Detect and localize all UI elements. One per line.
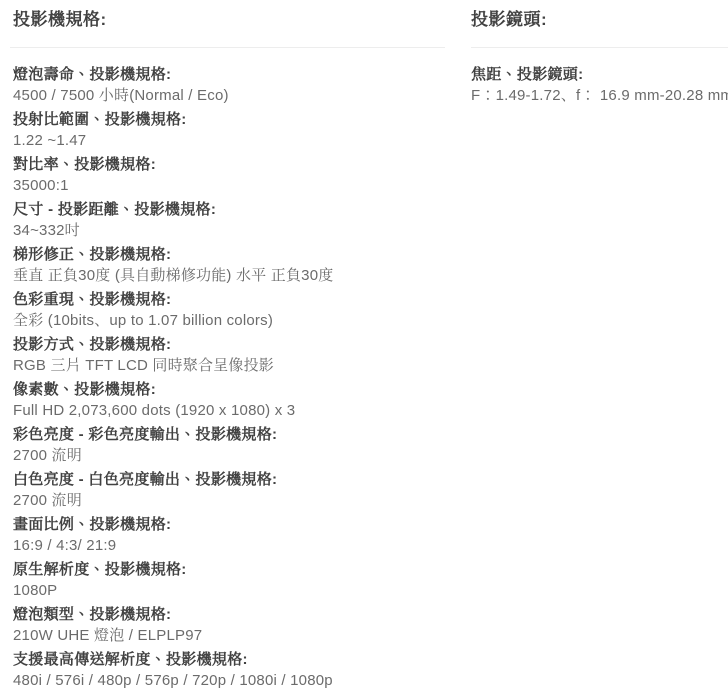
spec-item: 原生解析度、投影機規格: 1080P (13, 559, 445, 601)
spec-value: F：1.49-1.72、f： 16.9 mm-20.28 mm (471, 85, 728, 106)
spec-item: 彩色亮度 - 彩色亮度輸出、投影機規格: 2700 流明 (13, 424, 445, 466)
spec-value: 全彩 (10bits、up to 1.07 billion colors) (13, 310, 445, 331)
spec-label: 色彩重現、投影機規格: (13, 289, 445, 310)
spec-value: 210W UHE 燈泡 / ELPLP97 (13, 625, 445, 646)
spec-label: 對比率、投影機規格: (13, 154, 445, 175)
spec-value: 1080P (13, 580, 445, 601)
spec-value: 480i / 576i / 480p / 576p / 720p / 1080i… (13, 670, 445, 691)
spec-item: 畫面比例、投影機規格: 16:9 / 4:3/ 21:9 (13, 514, 445, 556)
spec-item: 投射比範圍、投影機規格: 1.22 ~1.47 (13, 109, 445, 151)
spec-item: 色彩重現、投影機規格: 全彩 (10bits、up to 1.07 billio… (13, 289, 445, 331)
spec-label: 白色亮度 - 白色亮度輸出、投影機規格: (13, 469, 445, 490)
spec-value: 垂直 正負30度 (具自動梯修功能) 水平 正負30度 (13, 265, 445, 286)
spec-label: 燈泡類型、投影機規格: (13, 604, 445, 625)
spec-value: 35000:1 (13, 175, 445, 196)
spec-label: 支援最高傳送解析度、投影機規格: (13, 649, 445, 670)
section-divider (10, 47, 445, 48)
spec-page: 投影機規格: 燈泡壽命、投影機規格: 4500 / 7500 小時(Normal… (0, 0, 728, 694)
spec-value: 2700 流明 (13, 490, 445, 511)
spec-item: 尺寸 - 投影距離、投影機規格: 34~332吋 (13, 199, 445, 241)
spec-label: 像素數、投影機規格: (13, 379, 445, 400)
spec-label: 梯形修正、投影機規格: (13, 244, 445, 265)
spec-item: 燈泡類型、投影機規格: 210W UHE 燈泡 / ELPLP97 (13, 604, 445, 646)
spec-item: 支援最高傳送解析度、投影機規格: 480i / 576i / 480p / 57… (13, 649, 445, 691)
spec-label: 彩色亮度 - 彩色亮度輸出、投影機規格: (13, 424, 445, 445)
spec-value: 16:9 / 4:3/ 21:9 (13, 535, 445, 556)
spec-value: RGB 三片 TFT LCD 同時聚合呈像投影 (13, 355, 445, 376)
spec-list-projector: 燈泡壽命、投影機規格: 4500 / 7500 小時(Normal / Eco)… (13, 64, 445, 691)
spec-label: 畫面比例、投影機規格: (13, 514, 445, 535)
spec-item: 對比率、投影機規格: 35000:1 (13, 154, 445, 196)
spec-item: 白色亮度 - 白色亮度輸出、投影機規格: 2700 流明 (13, 469, 445, 511)
section-title-projection-lens: 投影鏡頭: (471, 8, 728, 32)
spec-item: 梯形修正、投影機規格: 垂直 正負30度 (具自動梯修功能) 水平 正負30度 (13, 244, 445, 286)
spec-label: 投射比範圍、投影機規格: (13, 109, 445, 130)
spec-item: 像素數、投影機規格: Full HD 2,073,600 dots (1920 … (13, 379, 445, 421)
spec-item: 投影方式、投影機規格: RGB 三片 TFT LCD 同時聚合呈像投影 (13, 334, 445, 376)
spec-label: 原生解析度、投影機規格: (13, 559, 445, 580)
spec-label: 投影方式、投影機規格: (13, 334, 445, 355)
spec-item: 燈泡壽命、投影機規格: 4500 / 7500 小時(Normal / Eco) (13, 64, 445, 106)
spec-value: 4500 / 7500 小時(Normal / Eco) (13, 85, 445, 106)
spec-value: Full HD 2,073,600 dots (1920 x 1080) x 3 (13, 400, 445, 421)
section-projection-lens: 投影鏡頭: 焦距、投影鏡頭: F：1.49-1.72、f： 16.9 mm-20… (471, 0, 728, 109)
spec-label: 尺寸 - 投影距離、投影機規格: (13, 199, 445, 220)
section-divider (471, 47, 728, 48)
section-title-projector-specs: 投影機規格: (13, 8, 445, 32)
spec-list-lens: 焦距、投影鏡頭: F：1.49-1.72、f： 16.9 mm-20.28 mm (471, 64, 728, 106)
spec-item: 焦距、投影鏡頭: F：1.49-1.72、f： 16.9 mm-20.28 mm (471, 64, 728, 106)
spec-label: 燈泡壽命、投影機規格: (13, 64, 445, 85)
spec-value: 34~332吋 (13, 220, 445, 241)
spec-label: 焦距、投影鏡頭: (471, 64, 728, 85)
section-projector-specs: 投影機規格: 燈泡壽命、投影機規格: 4500 / 7500 小時(Normal… (13, 0, 445, 694)
spec-value: 1.22 ~1.47 (13, 130, 445, 151)
spec-value: 2700 流明 (13, 445, 445, 466)
